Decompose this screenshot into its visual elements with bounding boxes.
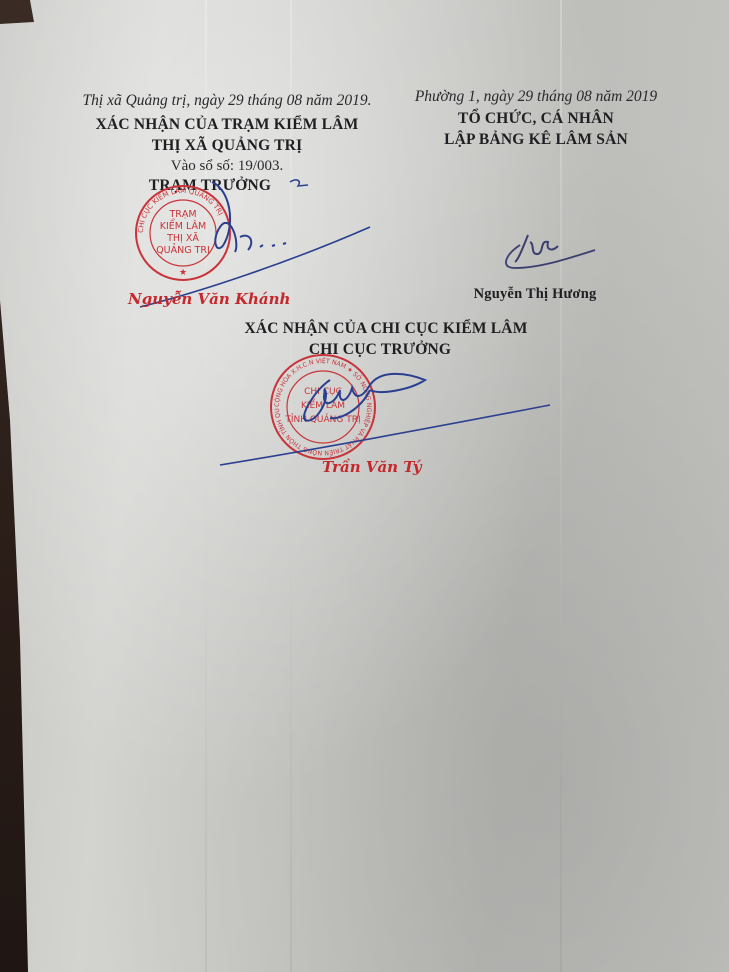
right-signer-name: Nguyễn Thị Hương [474, 286, 597, 303]
right-heading-line1: TỔ CHỨC, CÁ NHÂN [458, 110, 614, 128]
center-signer-name: Trần Văn Tý [322, 458, 422, 476]
center-heading-line1: XÁC NHẬN CỦA CHI CỤC KIỂM LÂM [244, 320, 527, 338]
left-signer-name: Nguyễn Văn Khánh [128, 290, 290, 308]
center-signature-icon [220, 360, 560, 470]
right-heading-line2: LẬP BẢNG KÊ LÂM SẢN [444, 131, 628, 149]
left-place-date: Thị xã Quảng trị, ngày 29 tháng 08 năm 2… [83, 92, 372, 110]
left-heading-line1: XÁC NHẬN CỦA TRẠM KIỂM LÂM [96, 116, 359, 134]
right-place-date: Phường 1, ngày 29 tháng 08 năm 2019 [415, 88, 657, 106]
left-heading-line2: THỊ XÃ QUẢNG TRỊ [152, 137, 303, 155]
right-signature-icon [500, 230, 600, 280]
